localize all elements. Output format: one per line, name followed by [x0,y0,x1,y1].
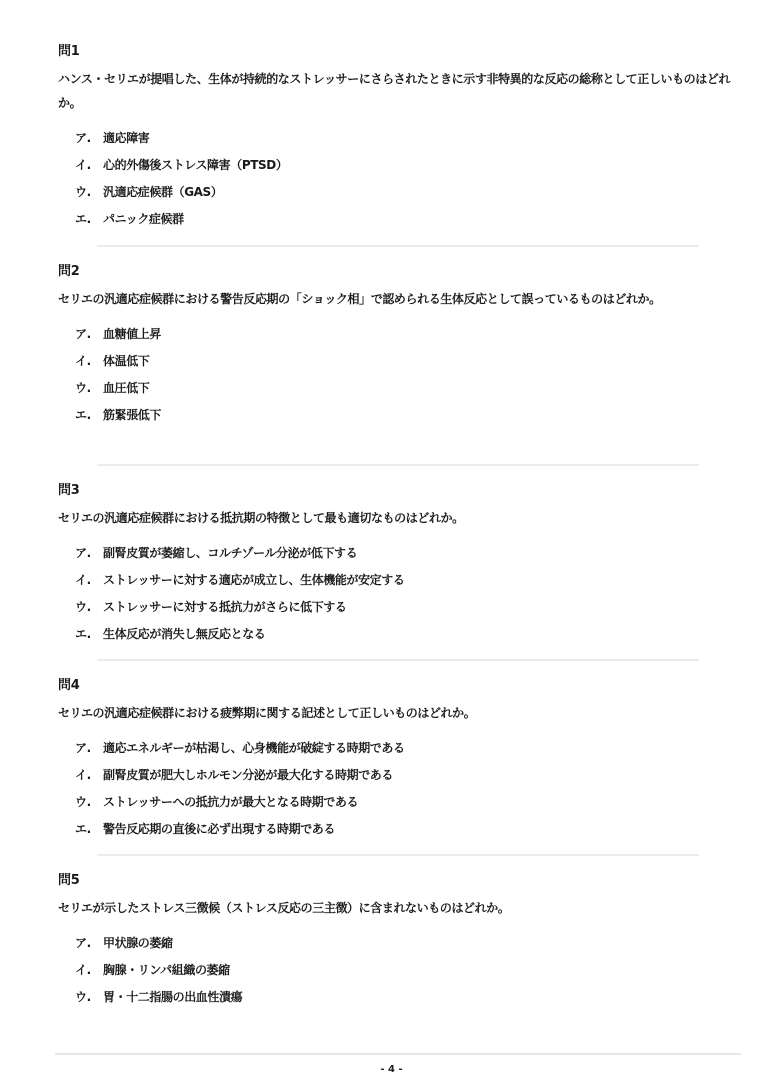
option-label: ア. [75,735,103,762]
option-label: イ. [75,567,103,594]
question-stem: セリエの汎適応症候群における抵抗期の特徴として最も適切なものはどれか。 [58,506,738,530]
option-text: 副腎皮質が萎縮し、コルチゾール分泌が低下する [103,540,357,567]
option-a: ア. 適応エネルギーが枯渇し、心身機能が破綻する時期である [75,735,738,762]
question-title: 問4 [58,677,738,695]
option-a: ア. 血糖値上昇 [75,321,738,348]
option-text: 血圧低下 [103,375,149,402]
option-i: イ. 体温低下 [75,348,738,375]
option-label: エ. [75,402,103,429]
option-text: パニック症候群 [103,206,184,233]
option-text: 警告反応期の直後に必ず出現する時期である [103,816,335,843]
option-a: ア. 適応障害 [75,125,738,152]
option-label: ウ. [75,984,103,1011]
question-3: 問3 セリエの汎適応症候群における抵抗期の特徴として最も適切なものはどれか。 ア… [58,482,738,648]
document-page: 問1 ハンス・セリエが提唱した、生体が持続的なストレッサーにさらされたときに示す… [0,0,783,1080]
option-text: 甲状腺の萎縮 [103,930,173,957]
question-title: 問5 [58,872,738,890]
option-i: イ. 胸腺・リンパ組織の萎縮 [75,957,738,984]
option-text: 胸腺・リンパ組織の萎縮 [103,957,230,984]
option-label: ア. [75,540,103,567]
question-divider [97,659,699,661]
option-label: ウ. [75,789,103,816]
options-list: ア. 血糖値上昇 イ. 体温低下 ウ. 血圧低下 エ. 筋緊張低下 [75,321,738,429]
option-text: 適応障害 [103,125,149,152]
option-label: ア. [75,930,103,957]
option-text: 血糖値上昇 [103,321,161,348]
question-title: 問1 [58,43,738,61]
option-u: ウ. ストレッサーへの抵抗力が最大となる時期である [75,789,738,816]
option-text: ストレッサーに対する抵抗力がさらに低下する [103,594,346,621]
options-list: ア. 甲状腺の萎縮 イ. 胸腺・リンパ組織の萎縮 ウ. 胃・十二指腸の出血性潰瘍 [75,930,738,1011]
option-label: ウ. [75,594,103,621]
question-2: 問2 セリエの汎適応症候群における警告反応期の「ショック相」で認められる生体反応… [58,263,738,429]
option-label: エ. [75,206,103,233]
question-divider [97,464,699,466]
option-text: 適応エネルギーが枯渇し、心身機能が破綻する時期である [103,735,405,762]
question-divider [97,245,699,247]
question-stem: ハンス・セリエが提唱した、生体が持続的なストレッサーにさらされたときに示す非特異… [58,67,738,115]
question-title: 問3 [58,482,738,500]
question-stem: セリエが示したストレス三徴候（ストレス反応の三主徴）に含まれないものはどれか。 [58,896,738,920]
option-u: ウ. 汎適応症候群（GAS） [75,179,738,206]
option-e: エ. パニック症候群 [75,206,738,233]
option-text: 胃・十二指腸の出血性潰瘍 [103,984,242,1011]
option-u: ウ. 胃・十二指腸の出血性潰瘍 [75,984,738,1011]
question-divider [97,854,699,856]
option-label: イ. [75,762,103,789]
page-number: - 4 - [0,1064,783,1075]
option-label: エ. [75,621,103,648]
option-i: イ. 副腎皮質が肥大しホルモン分泌が最大化する時期である [75,762,738,789]
option-label: イ. [75,957,103,984]
option-label: ウ. [75,375,103,402]
option-text: 汎適応症候群（GAS） [103,179,222,206]
option-text: 生体反応が消失し無反応となる [103,621,265,648]
option-label: イ. [75,348,103,375]
option-e: エ. 筋緊張低下 [75,402,738,429]
footer-rule [55,1053,741,1055]
option-text: 体温低下 [103,348,149,375]
option-text: 心的外傷後ストレス障害（PTSD） [103,152,287,179]
option-text: 筋緊張低下 [103,402,161,429]
options-list: ア. 適応エネルギーが枯渇し、心身機能が破綻する時期である イ. 副腎皮質が肥大… [75,735,738,843]
option-a: ア. 甲状腺の萎縮 [75,930,738,957]
option-e: エ. 警告反応期の直後に必ず出現する時期である [75,816,738,843]
option-label: エ. [75,816,103,843]
option-label: イ. [75,152,103,179]
option-label: ウ. [75,179,103,206]
option-u: ウ. ストレッサーに対する抵抗力がさらに低下する [75,594,738,621]
options-list: ア. 適応障害 イ. 心的外傷後ストレス障害（PTSD） ウ. 汎適応症候群（G… [75,125,738,233]
option-i: イ. ストレッサーに対する適応が成立し、生体機能が安定する [75,567,738,594]
question-stem: セリエの汎適応症候群における疲弊期に関する記述として正しいものはどれか。 [58,701,738,725]
option-i: イ. 心的外傷後ストレス障害（PTSD） [75,152,738,179]
option-a: ア. 副腎皮質が萎縮し、コルチゾール分泌が低下する [75,540,738,567]
option-label: ア. [75,321,103,348]
option-text: ストレッサーに対する適応が成立し、生体機能が安定する [103,567,404,594]
question-1: 問1 ハンス・セリエが提唱した、生体が持続的なストレッサーにさらされたときに示す… [58,43,738,233]
question-4: 問4 セリエの汎適応症候群における疲弊期に関する記述として正しいものはどれか。 … [58,677,738,843]
question-5: 問5 セリエが示したストレス三徴候（ストレス反応の三主徴）に含まれないものはどれ… [58,872,738,1011]
option-text: 副腎皮質が肥大しホルモン分泌が最大化する時期である [103,762,393,789]
question-title: 問2 [58,263,738,281]
option-e: エ. 生体反応が消失し無反応となる [75,621,738,648]
question-stem: セリエの汎適応症候群における警告反応期の「ショック相」で認められる生体反応として… [58,287,738,311]
option-text: ストレッサーへの抵抗力が最大となる時期である [103,789,358,816]
option-label: ア. [75,125,103,152]
options-list: ア. 副腎皮質が萎縮し、コルチゾール分泌が低下する イ. ストレッサーに対する適… [75,540,738,648]
option-u: ウ. 血圧低下 [75,375,738,402]
